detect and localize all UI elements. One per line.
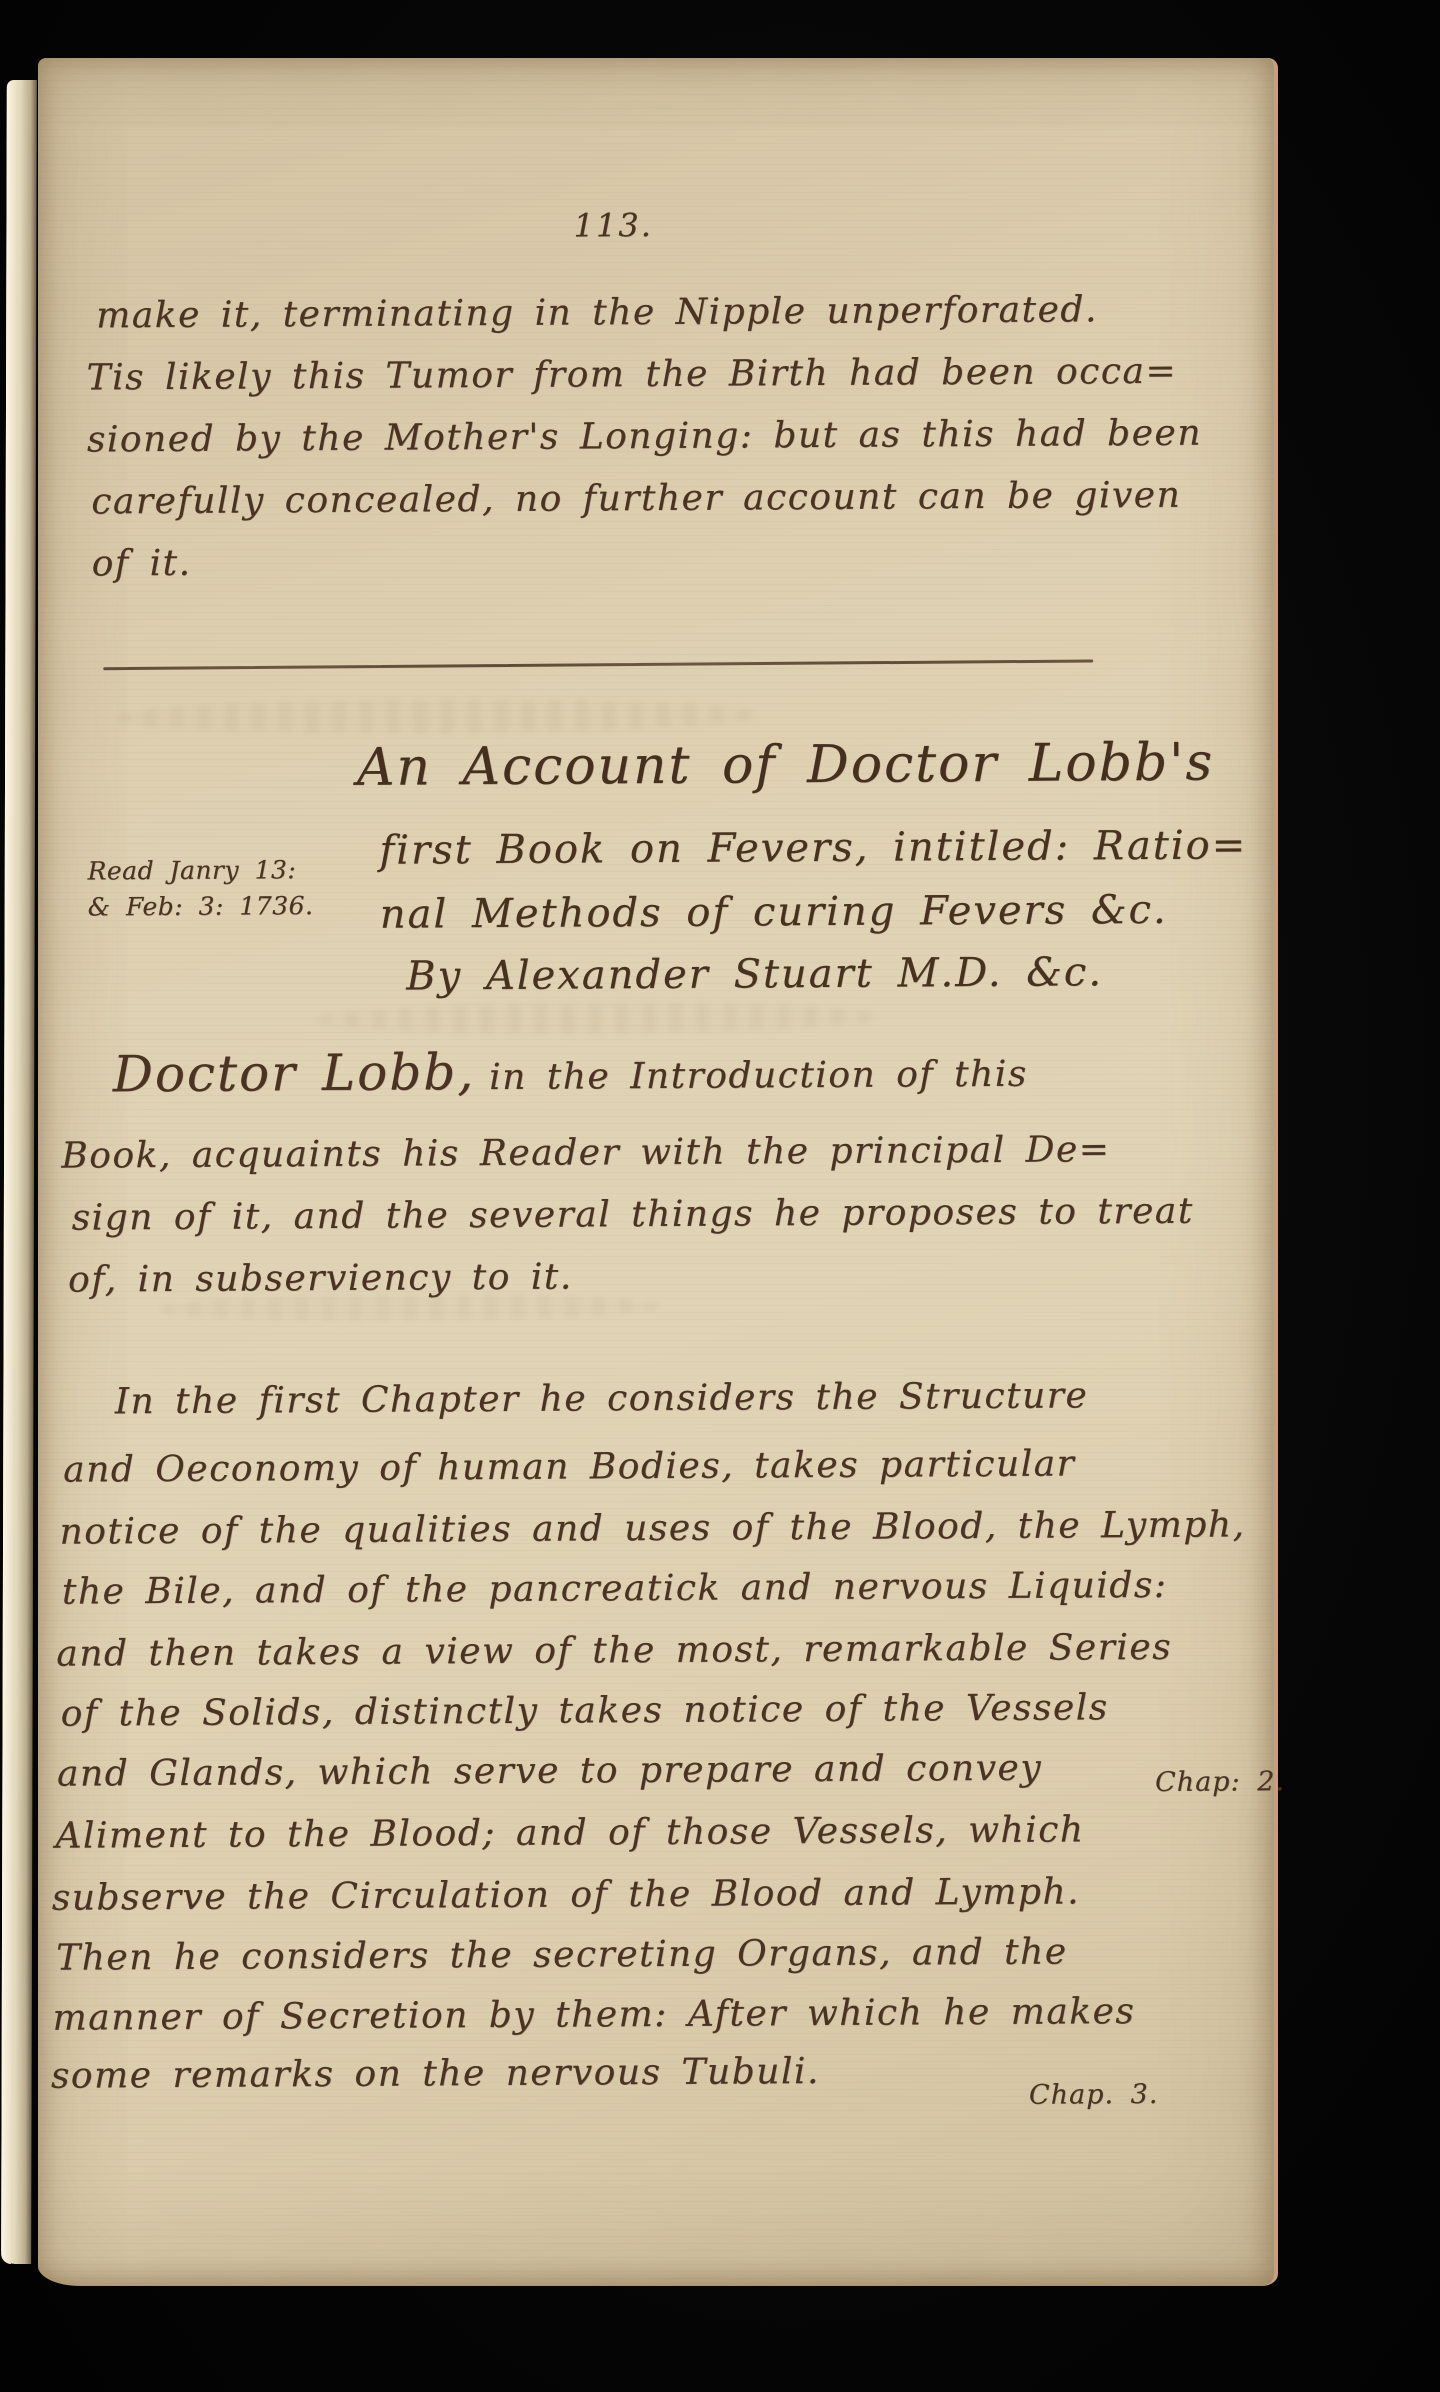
title-line: An Account of Doctor Lobb's [357,733,1215,798]
facing-page-edge-highlight [1,80,17,2264]
title-line: first Book on Fevers, intitled: Ratio= [379,822,1247,873]
paragraph-line: subserve the Circulation of the Blood an… [52,1871,1080,1918]
paragraph-line: and then takes a view of the most, remar… [56,1627,1172,1675]
margin-note-line: & Feb: 3: 1736. [88,888,314,925]
paragraph-line: of the Solids, distinctly takes notice o… [61,1687,1109,1734]
paragraph-line: Doctor Lobb,in the Introduction of this [113,1040,1028,1104]
paragraph-line: of, in subserviency to it. [68,1257,573,1301]
section-divider-rule [103,659,1093,670]
photograph-background: 113. make it, terminating in the Nipple … [0,0,1440,2392]
paragraph-line: the Bile, and of the pancreatick and ner… [62,1565,1168,1613]
paragraph-line: Then he considers the secreting Organs, … [56,1932,1068,1979]
paragraph-line-rest: in the Introduction of this [489,1054,1028,1098]
manuscript-page: 113. make it, terminating in the Nipple … [38,58,1278,2286]
paragraph-line: In the first Chapter he considers the St… [115,1375,1089,1422]
paragraph-line: notice of the qualities and uses of the … [59,1504,1245,1552]
margin-note-line: Read Janry 13: [87,852,313,889]
title-line: By Alexander Stuart M.D. &c. [406,949,1103,999]
ink-show-through [116,697,756,735]
paragraph-line: sign of it, and the several things he pr… [72,1191,1194,1239]
margin-note-read-date: Read Janry 13: & Feb: 3: 1736. [87,852,313,925]
title-line: nal Methods of curing Fevers &c. [380,887,1168,938]
paragraph-line: and Oeconomy of human Bodies, takes part… [63,1443,1075,1490]
chapter-margin-note-2: Chap: 2. [1155,1766,1285,1798]
paragraph-line: Tis likely this Tumor from the Birth had… [86,351,1177,399]
paragraph-line: carefully concealed, no further account … [91,475,1181,523]
paragraph-line: manner of Secretion by them: After which… [52,1991,1135,2039]
paragraph-line: sioned by the Mother's Longing: but as t… [87,413,1202,461]
paragraph-lead-words: Doctor Lobb, [113,1043,476,1103]
paragraph-line: make it, terminating in the Nipple unper… [96,289,1098,336]
page-number: 113. [573,206,652,244]
paragraph-line: Aliment to the Blood; and of those Vesse… [55,1809,1084,1856]
ink-show-through [318,1002,878,1035]
paragraph-line: and Glands, which serve to prepare and c… [57,1748,1042,1795]
paragraph-line: Book, acquaints his Reader with the prin… [61,1129,1110,1176]
paragraph-line: some remarks on the nervous Tubuli. [51,2051,820,2097]
handwritten-content: 113. make it, terminating in the Nipple … [33,54,1283,2290]
chapter-note-3: Chap. 3. [1029,2079,1159,2111]
paragraph-line: of it. [92,543,192,585]
facing-page-edge [1,80,37,2264]
